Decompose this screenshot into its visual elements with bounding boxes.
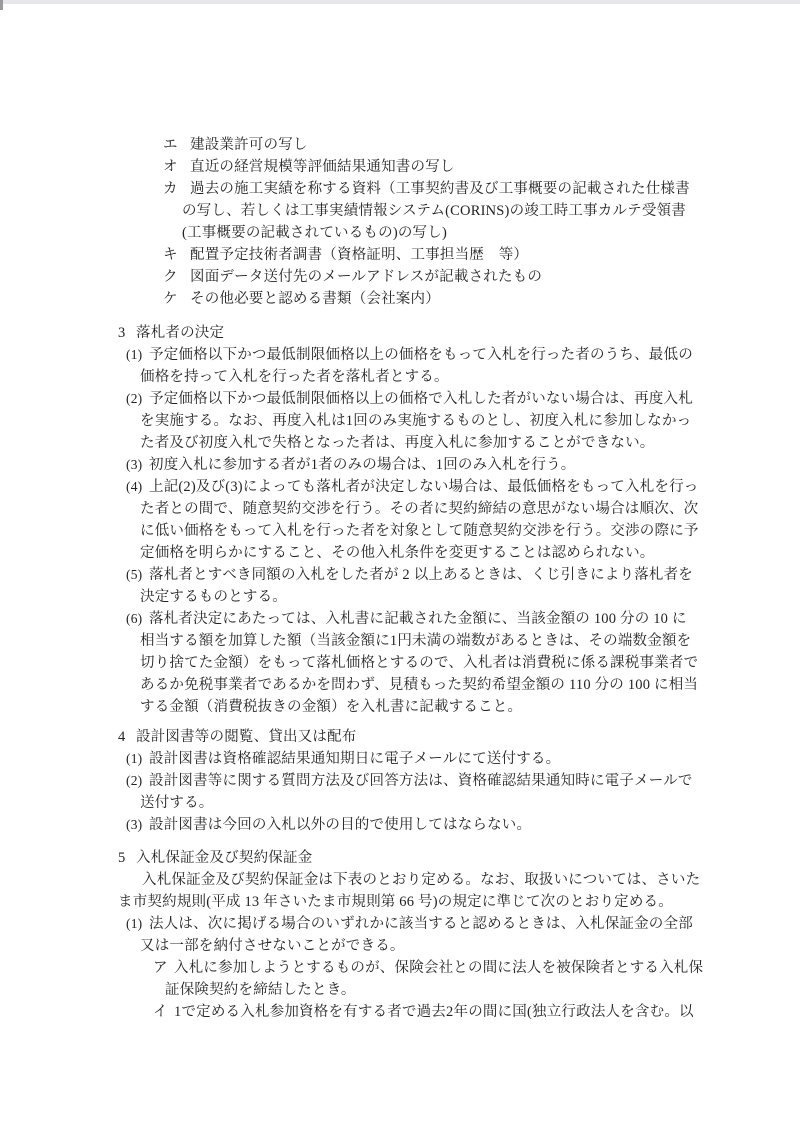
- line-marker: (3): [126, 814, 149, 836]
- document-line: カ過去の施工実績を称する資料（工事契約書及び工事概要の記載された仕様書: [118, 178, 718, 200]
- line-marker: 5: [118, 847, 136, 869]
- line-text: た者及び初度入札で失格となった者は、再度入札に参加することができない。: [140, 432, 655, 454]
- document-line: に低い価格をもって入札を行った者を対象として随意契約交渉を行う。交渉の際に予: [118, 520, 718, 542]
- document-line: オ直近の経営規模等評価結果通知書の写し: [118, 156, 718, 178]
- line-text: 入札保証金及び契約保証金は下表のとおり定める。なお、取扱いについては、さいた: [142, 869, 700, 891]
- document-line: ク図面データ送付先のメールアドレスが記載されたもの: [118, 266, 718, 288]
- line-text: 又は一部を納付させないことができる。: [140, 935, 405, 957]
- document-line: (2)予定価格以下かつ最低制限価格以上の価格で入札した者がいない場合は、再度入札: [118, 388, 718, 410]
- document-line: 定価格を明らかにすること、その他入札条件を変更することは認められない。: [118, 542, 718, 564]
- document-line: 4設計図書等の閲覧、貸出又は配布: [118, 726, 718, 748]
- line-text: 落札者の決定: [136, 322, 224, 344]
- line-text: 直近の経営規模等評価結果通知書の写し: [190, 156, 455, 178]
- line-text: に低い価格をもって入札を行った者を対象として随意契約交渉を行う。交渉の際に予: [140, 520, 699, 542]
- line-text: を実施する。なお、再度入札は1回のみ実施するものとし、初度入札に参加しなかっ: [140, 410, 691, 432]
- document-line: する金額（消費税抜きの金額）を入札書に記載すること。: [118, 696, 718, 718]
- document-line: (工事概要の記載されているもの)の写し): [118, 222, 718, 244]
- line-text: する金額（消費税抜きの金額）を入札書に記載すること。: [140, 696, 522, 718]
- document-line: 決定するものとする。: [118, 586, 718, 608]
- line-text: あるか免税事業者であるかを問わず、見積もった契約希望金額の 110 分の 100…: [140, 674, 698, 696]
- document-line: (1)法人は、次に掲げる場合のいずれかに該当すると認めるときは、入札保証金の全部: [118, 913, 718, 935]
- line-marker: (4): [126, 476, 149, 498]
- document-line: あるか免税事業者であるかを問わず、見積もった契約希望金額の 110 分の 100…: [118, 674, 718, 696]
- scan-edge-top: [0, 0, 800, 4]
- line-text: 初度入札に参加する者が1者のみの場合は、1回のみ入札を行う。: [149, 454, 576, 476]
- line-text: 設計図書等の閲覧、貸出又は配布: [136, 726, 357, 748]
- document-line: 送付する。: [118, 792, 718, 814]
- document-line: た者及び初度入札で失格となった者は、再度入札に参加することができない。: [118, 432, 718, 454]
- line-text: 入札保証金及び契約保証金: [136, 847, 312, 869]
- line-text: 法人は、次に掲げる場合のいずれかに該当すると認めるときは、入札保証金の全部: [149, 913, 693, 935]
- document-line: (1)設計図書は資格確認結果通知期日に電子メールにて送付する。: [118, 748, 718, 770]
- document-line: 又は一部を納付させないことができる。: [118, 935, 718, 957]
- document-body: エ建設業許可の写しオ直近の経営規模等評価結果通知書の写しカ過去の施工実績を称する…: [118, 134, 718, 1023]
- document-line: イ1で定める入札参加資格を有する者で過去2年の間に国(独立行政法人を含む。以: [118, 1001, 718, 1023]
- document-line: (1)予定価格以下かつ最低制限価格以上の価格をもって入札を行った者のうち、最低の: [118, 344, 718, 366]
- line-text: 1で定める入札参加資格を有する者で過去2年の間に国(独立行政法人を含む。以: [174, 1001, 694, 1023]
- line-text: 証保険契約を締結したとき。: [165, 979, 356, 1001]
- line-marker: エ: [163, 134, 190, 156]
- document-line: 相当する額を加算した額（当該金額に1円未満の端数があるときは、その端数金額を: [118, 630, 718, 652]
- line-text: 切り捨てた金額）をもって落札価格とするので、入札者は消費税に係る課税事業者で: [140, 652, 698, 674]
- document-line: ま市契約規則(平成 13 年さいたま市規則第 66 号)の規定に準じて次のとおり…: [118, 891, 718, 913]
- line-marker: オ: [163, 156, 190, 178]
- document-line: (3)初度入札に参加する者が1者のみの場合は、1回のみ入札を行う。: [118, 454, 718, 476]
- line-text: 決定するものとする。: [140, 586, 287, 608]
- document-line: を実施する。なお、再度入札は1回のみ実施するものとし、初度入札に参加しなかっ: [118, 410, 718, 432]
- line-marker: ク: [163, 266, 190, 288]
- line-marker: (1): [126, 748, 149, 770]
- line-text: 設計図書は今回の入札以外の目的で使用してはならない。: [149, 814, 531, 836]
- document-line: ア入札に参加しようとするものが、保険会社との間に法人を被保険者とする入札保: [118, 957, 718, 979]
- line-text: た者との間で、随意契約交渉を行う。その者に契約締結の意思がない場合は順次、次: [140, 498, 698, 520]
- document-line: キ配置予定技術者調書（資格証明、工事担当歴 等）: [118, 244, 718, 266]
- document-line: (6)落札者決定にあたっては、入札書に記載された金額に、当該金額の 100 分の…: [118, 608, 718, 630]
- line-text: 価格を持って入札を行った者を落札者とする。: [140, 366, 449, 388]
- line-text: 過去の施工実績を称する資料（工事契約書及び工事概要の記載された仕様書: [190, 178, 690, 200]
- document-line: (2)設計図書等に関する質問方法及び回答方法は、資格確認結果通知時に電子メールで: [118, 770, 718, 792]
- line-text: の写し、若しくは工事実績情報システム(CORINS)の竣工時工事カルテ受領書: [182, 200, 686, 222]
- line-text: 予定価格以下かつ最低制限価格以上の価格をもって入札を行った者のうち、最低の: [149, 344, 693, 366]
- line-marker: キ: [163, 244, 190, 266]
- line-marker: (1): [126, 913, 149, 935]
- document-line: 5入札保証金及び契約保証金: [118, 847, 718, 869]
- line-text: 落札者決定にあたっては、入札書に記載された金額に、当該金額の 100 分の 10…: [149, 608, 687, 630]
- document-line: (3)設計図書は今回の入札以外の目的で使用してはならない。: [118, 814, 718, 836]
- document-line: 証保険契約を締結したとき。: [118, 979, 718, 1001]
- line-marker: (2): [126, 388, 149, 410]
- document-line: ケその他必要と認める書類（会社案内）: [118, 288, 718, 310]
- line-marker: (5): [126, 564, 149, 586]
- scan-corner-artifact: [0, 0, 3, 10]
- line-marker: ケ: [163, 288, 190, 310]
- line-marker: 3: [118, 322, 136, 344]
- line-marker: (6): [126, 608, 149, 630]
- document-line: た者との間で、随意契約交渉を行う。その者に契約締結の意思がない場合は順次、次: [118, 498, 718, 520]
- document-line: (4)上記(2)及び(3)によっても落札者が決定しない場合は、最低価格をもって入…: [118, 476, 718, 498]
- line-marker: (1): [126, 344, 149, 366]
- line-text: 図面データ送付先のメールアドレスが記載されたもの: [190, 266, 542, 288]
- line-marker: イ: [153, 1001, 174, 1023]
- line-marker: 4: [118, 726, 136, 748]
- document-line: (5)落札者とすべき同額の入札をした者が 2 以上あるときは、くじ引きにより落札…: [118, 564, 718, 586]
- line-text: 入札に参加しようとするものが、保険会社との間に法人を被保険者とする入札保: [174, 957, 703, 979]
- line-marker: (2): [126, 770, 149, 792]
- line-text: その他必要と認める書類（会社案内）: [190, 288, 440, 310]
- line-marker: ア: [153, 957, 174, 979]
- line-text: 上記(2)及び(3)によっても落札者が決定しない場合は、最低価格をもって入札を行…: [149, 476, 699, 498]
- line-text: 配置予定技術者調書（資格証明、工事担当歴 等）: [190, 244, 528, 266]
- line-marker: (3): [126, 454, 149, 476]
- line-text: 落札者とすべき同額の入札をした者が 2 以上あるときは、くじ引きにより落札者を: [149, 564, 693, 586]
- document-line: 3落札者の決定: [118, 322, 718, 344]
- line-text: 設計図書等に関する質問方法及び回答方法は、資格確認結果通知時に電子メールで: [149, 770, 693, 792]
- document-line: エ建設業許可の写し: [118, 134, 718, 156]
- line-text: 送付する。: [140, 792, 214, 814]
- line-text: 相当する額を加算した額（当該金額に1円未満の端数があるときは、その端数金額を: [140, 630, 691, 652]
- line-text: ま市契約規則(平成 13 年さいたま市規則第 66 号)の規定に準じて次のとおり…: [118, 891, 673, 913]
- document-line: 切り捨てた金額）をもって落札価格とするので、入札者は消費税に係る課税事業者で: [118, 652, 718, 674]
- line-text: 予定価格以下かつ最低制限価格以上の価格で入札した者がいない場合は、再度入札: [149, 388, 693, 410]
- line-text: 建設業許可の写し: [190, 134, 308, 156]
- document-line: 価格を持って入札を行った者を落札者とする。: [118, 366, 718, 388]
- document-line: 入札保証金及び契約保証金は下表のとおり定める。なお、取扱いについては、さいた: [118, 869, 718, 891]
- line-marker: カ: [163, 178, 190, 200]
- line-text: 設計図書は資格確認結果通知期日に電子メールにて送付する。: [149, 748, 560, 770]
- document-line: の写し、若しくは工事実績情報システム(CORINS)の竣工時工事カルテ受領書: [118, 200, 718, 222]
- line-text: 定価格を明らかにすること、その他入札条件を変更することは認められない。: [140, 542, 655, 564]
- line-text: (工事概要の記載されているもの)の写し): [182, 222, 447, 244]
